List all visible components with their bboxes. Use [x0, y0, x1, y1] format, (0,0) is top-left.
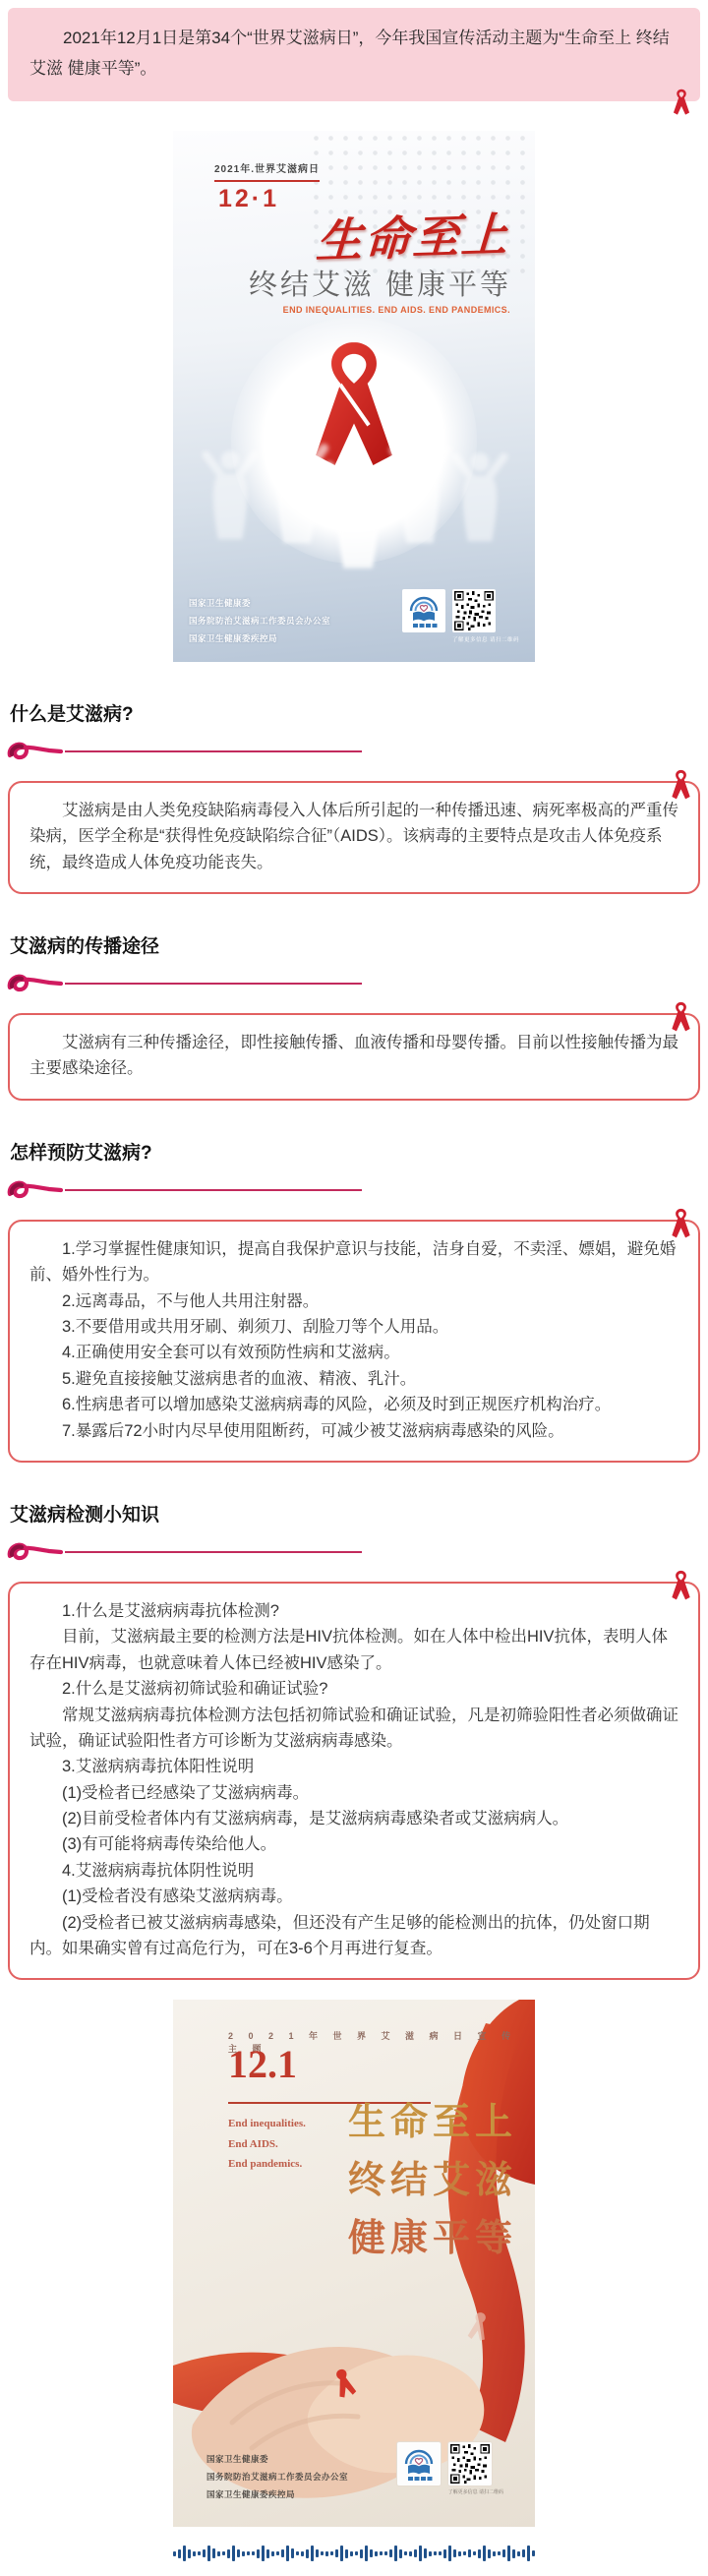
- paragraph: 5.避免直接接触艾滋病患者的血液、精液、乳汁。: [29, 1366, 678, 1392]
- waveform-bar: [517, 2551, 520, 2556]
- paragraph: 艾滋病有三种传播途径，即性接触传播、血液传播和母婴传播。目前以性接触传播为最主要…: [29, 1030, 678, 1082]
- waveform-bar: [306, 2549, 309, 2558]
- section-heading: 什么是艾滋病?: [10, 699, 708, 726]
- waveform-bar: [188, 2549, 191, 2558]
- content-card: 1.学习掌握性健康知识，提高自我保护意识与技能，洁身自爱，不卖淫、嫖娼，避免婚前…: [8, 1220, 700, 1463]
- waveform-bar: [453, 2549, 456, 2557]
- title-line: 终结艾滋: [348, 2152, 517, 2210]
- section-divider: [6, 1176, 708, 1204]
- content-card: 1.什么是艾滋病病毒抗体检测? 目前，艾滋病最主要的检测方法是HIV抗体检测。如…: [8, 1582, 700, 1980]
- title-line: 生命至上: [348, 2094, 517, 2152]
- section-transmission-routes: 艾滋病的传播途径 艾滋病有三种传播途径，即性接触传播、血液传播和母婴传播。目前以…: [0, 931, 708, 1101]
- org-line: 国家卫生健康委疾控局: [206, 2486, 348, 2504]
- waveform-bar: [429, 2551, 432, 2556]
- waveform-bar: [360, 2549, 363, 2558]
- en-line: End inequalities.: [228, 2114, 306, 2133]
- waveform-bar: [257, 2549, 260, 2558]
- waveform-bar: [212, 2548, 215, 2558]
- waveform-bar: [198, 2551, 201, 2555]
- waveform-bar: [286, 2546, 289, 2561]
- waveform-bar: [483, 2546, 486, 2561]
- paragraph: 4.正确使用安全套可以有效预防性病和艾滋病。: [29, 1340, 678, 1365]
- content-card: 艾滋病有三种传播途径，即性接触传播、血液传播和母婴传播。目前以性接触传播为最主要…: [8, 1013, 700, 1101]
- section-what-is-aids: 什么是艾滋病? 艾滋病是由人类免疫缺陷病毒侵入人体后所引起的一种传播迅速、病死率…: [0, 699, 708, 894]
- red-ribbon-icon: [669, 1569, 693, 1602]
- waveform-bar: [291, 2548, 294, 2558]
- section-testing-knowledge: 艾滋病检测小知识 1.什么是艾滋病病毒抗体检测? 目前，艾滋病最主要的检测方法是…: [0, 1500, 708, 1980]
- qr-caption: 了解更多信息 请扫二维码: [452, 635, 519, 643]
- waveform-bar: [365, 2546, 368, 2561]
- paragraph: (3)有可能将病毒传染给他人。: [29, 1831, 678, 1857]
- title-line: 健康平等: [348, 2210, 517, 2268]
- org-line: 国家卫生健康委: [189, 595, 330, 613]
- waveform-bar: [498, 2551, 501, 2555]
- health-education-logo: [402, 589, 445, 632]
- org-line: 国务院防治艾滋病工作委员会办公室: [189, 613, 330, 630]
- section-prevention: 怎样预防艾滋病? 1.学习掌握性健康知识，提高自我保护意识与技能，洁身自爱，不卖…: [0, 1138, 708, 1463]
- intro-banner: 2021年12月1日是第34个“世界艾滋病日”，今年我国宣传活动主题为“生命至上…: [8, 8, 700, 101]
- org-line: 国家卫生健康委: [206, 2451, 348, 2469]
- qr-group: 了解更多信息 请扫二维码: [448, 2442, 503, 2495]
- waveform-bar: [439, 2551, 442, 2555]
- divider-line: [65, 750, 362, 752]
- poster2-en-slogan: End inequalities. End AIDS. End pandemic…: [228, 2114, 306, 2174]
- poster-life-first-theme: 2 0 2 1 年 世 界 艾 滋 病 日 宣 传 主 题 12.1 End i…: [173, 2000, 535, 2527]
- paragraph: 1.学习掌握性健康知识，提高自我保护意识与技能，洁身自爱，不卖淫、嫖娼，避免婚前…: [29, 1236, 678, 1288]
- section-heading: 艾滋病检测小知识: [10, 1500, 708, 1527]
- waveform-bar: [193, 2551, 196, 2556]
- waveform-bar: [321, 2551, 324, 2555]
- paragraph: 2.什么是艾滋病初筛试验和确证试验?: [29, 1676, 678, 1702]
- waveform-bar: [173, 2551, 176, 2556]
- divider-line: [65, 983, 362, 985]
- qr-code: [448, 2442, 492, 2486]
- waveform-bar: [493, 2551, 496, 2556]
- waveform-bar: [340, 2546, 343, 2561]
- poster1-orgs: 国家卫生健康委 国务院防治艾滋病工作委员会办公室 国家卫生健康委疾控局: [189, 589, 330, 648]
- waveform-bar: [468, 2549, 471, 2557]
- waveform-bar: [350, 2551, 353, 2556]
- org-line: 国家卫生健康委疾控局: [189, 630, 330, 648]
- waveform-bar: [399, 2549, 402, 2558]
- waveform-bar: [507, 2546, 510, 2561]
- waveform-bar: [394, 2546, 397, 2561]
- waveform-bar: [404, 2551, 407, 2555]
- paragraph: 3.艾滋病病毒抗体阳性说明: [29, 1754, 678, 1779]
- waveform-bar: [448, 2546, 451, 2561]
- waveform-bar: [424, 2548, 427, 2558]
- section-heading: 怎样预防艾滋病?: [10, 1138, 708, 1165]
- paragraph: 3.不要借用或共用牙刷、剃须刀、刮脸刀等个人用品。: [29, 1314, 678, 1340]
- waveform-bar: [281, 2549, 284, 2557]
- ribbon-curl-icon: [6, 1177, 63, 1203]
- ribbon-curl-icon: [6, 971, 63, 996]
- paragraph: 1.什么是艾滋病病毒抗体检测?: [29, 1598, 678, 1624]
- poster1-subtitle: 终结艾滋 健康平等: [249, 263, 511, 303]
- ribbon-curl-icon: [6, 1539, 63, 1565]
- waveform-bar: [375, 2551, 378, 2556]
- waveform-bar: [252, 2551, 255, 2555]
- divider-line: [65, 1189, 362, 1191]
- paragraph: (1)受检者已经感染了艾滋病病毒。: [29, 1780, 678, 1806]
- waveform-bar: [434, 2551, 437, 2555]
- waveform-bar: [389, 2549, 392, 2557]
- poster1-tagline: 2021年.世界艾滋病日: [214, 160, 320, 182]
- paragraph: 目前，艾滋病最主要的检测方法是HIV抗体检测。如在人体中检出HIV抗体，表明人体…: [29, 1624, 678, 1676]
- waveform-bar: [414, 2549, 417, 2557]
- waveform-bar: [527, 2546, 530, 2561]
- org-line: 国务院防治艾滋病工作委员会办公室: [206, 2469, 348, 2486]
- waveform-bar: [311, 2546, 314, 2561]
- paragraph: (1)受检者没有感染艾滋病病毒。: [29, 1884, 678, 1909]
- divider-line: [65, 1551, 362, 1553]
- poster1-subtitle-en: END INEQUALITIES. END AIDS. END PANDEMIC…: [283, 305, 510, 315]
- qr-caption: 了解更多信息 请扫二维码: [448, 2488, 503, 2495]
- paragraph: (2)受检者已被艾滋病病毒感染，但还没有产生足够的能检测出的抗体，仍处窗口期内。…: [29, 1910, 678, 1962]
- waveform-bar: [242, 2551, 245, 2556]
- waveform-bar: [247, 2551, 250, 2555]
- poster1-date: 12·1: [218, 185, 279, 213]
- content-card: 艾滋病是由人类免疫缺陷病毒侵入人体后所引起的一种传播迅速、病死率极高的严重传染病…: [8, 781, 700, 894]
- waveform-bar: [478, 2549, 481, 2558]
- waveform-bar: [345, 2549, 348, 2558]
- waveform-bar: [463, 2551, 466, 2555]
- waveform-bar: [276, 2551, 279, 2555]
- qr-group: 了解更多信息 请扫二维码: [452, 589, 519, 643]
- poster2-orgs: 国家卫生健康委 国务院防治艾滋病工作委员会办公室 国家卫生健康委疾控局: [206, 2451, 348, 2504]
- waveform-bar: [271, 2551, 274, 2556]
- section-divider: [6, 738, 708, 765]
- poster1-badges: 了解更多信息 请扫二维码: [402, 589, 519, 643]
- poster2-title: 生命至上 终结艾滋 健康平等: [348, 2094, 517, 2268]
- waveform-bar: [458, 2551, 461, 2556]
- paragraph: 7.暴露后72小时内尽早使用阻断药，可减少被艾滋病病毒感染的风险。: [29, 1418, 678, 1444]
- poster2-badges: 了解更多信息 请扫二维码: [397, 2442, 503, 2495]
- poster1-footer: 国家卫生健康委 国务院防治艾滋病工作委员会办公室 国家卫生健康委疾控局: [173, 577, 535, 662]
- en-line: End pandemics.: [228, 2154, 306, 2174]
- waveform-bar: [262, 2546, 265, 2561]
- waveform-bar: [183, 2546, 186, 2561]
- waveform-bar: [335, 2549, 338, 2557]
- waveform-bar: [488, 2549, 491, 2558]
- section-heading: 艾滋病的传播途径: [10, 931, 708, 958]
- section-divider: [6, 970, 708, 997]
- waveform-bar: [380, 2551, 383, 2555]
- waveform-bar: [227, 2549, 230, 2558]
- waveform-bar: [237, 2549, 240, 2557]
- waveform-bar: [409, 2551, 412, 2556]
- waveform-bar: [203, 2549, 206, 2557]
- poster2-date: 12.1: [228, 2041, 297, 2087]
- audio-waveform: [0, 2539, 708, 2568]
- waveform-bar: [419, 2546, 422, 2561]
- waveform-bar: [355, 2551, 358, 2555]
- waveform-bar: [325, 2551, 328, 2556]
- paragraph: (2)目前受检者体内有艾滋病病毒，是艾滋病病毒感染者或艾滋病病人。: [29, 1806, 678, 1831]
- waveform-bar: [532, 2550, 535, 2556]
- waveform-bar: [473, 2551, 476, 2555]
- red-ribbon-icon: [669, 1000, 693, 1034]
- poster-world-aids-day-2021: 2021年.世界艾滋病日 12·1 生命至上 终结艾滋 健康平等 END INE…: [173, 131, 535, 662]
- paragraph: 6.性病患者可以增加感染艾滋病病毒的风险，必须及时到正规医疗机构治疗。: [29, 1392, 678, 1417]
- waveform-bar: [330, 2551, 333, 2555]
- waveform-bar: [502, 2549, 505, 2557]
- red-ribbon-icon: [671, 88, 692, 117]
- waveform-bar: [266, 2549, 269, 2558]
- waveform-bar: [316, 2549, 319, 2557]
- health-education-logo: [397, 2442, 441, 2486]
- section-divider: [6, 1538, 708, 1566]
- red-ribbon-icon: [669, 1207, 693, 1240]
- waveform-bar: [384, 2551, 387, 2555]
- paragraph: 4.艾滋病病毒抗体阴性说明: [29, 1858, 678, 1884]
- paragraph: 常规艾滋病病毒抗体检测方法包括初筛试验和确证试验，凡是初筛验阳性者必须做确证试验…: [29, 1703, 678, 1755]
- waveform-bar: [232, 2546, 235, 2561]
- waveform-bar: [296, 2551, 299, 2555]
- waveform-bar: [207, 2546, 210, 2561]
- en-line: End AIDS.: [228, 2134, 306, 2154]
- waveform-bar: [512, 2549, 515, 2558]
- waveform-bar: [178, 2549, 181, 2558]
- waveform-bar: [301, 2551, 304, 2556]
- ribbon-curl-icon: [6, 739, 63, 764]
- poster1-title: 生命至上: [315, 198, 511, 270]
- waveform-bar: [217, 2551, 220, 2556]
- waveform-bar: [370, 2549, 373, 2557]
- waveform-bar: [443, 2549, 446, 2558]
- qr-code: [452, 589, 496, 632]
- waveform-bar: [522, 2549, 525, 2557]
- paragraph: 艾滋病是由人类免疫缺陷病毒侵入人体后所引起的一种传播迅速、病死率极高的严重传染病…: [29, 798, 678, 875]
- red-ribbon-icon: [669, 768, 693, 802]
- paragraph: 2.远离毒品，不与他人共用注射器。: [29, 1288, 678, 1314]
- waveform-bar: [222, 2551, 225, 2555]
- intro-text: 2021年12月1日是第34个“世界艾滋病日”，今年我国宣传活动主题为“生命至上…: [29, 23, 678, 85]
